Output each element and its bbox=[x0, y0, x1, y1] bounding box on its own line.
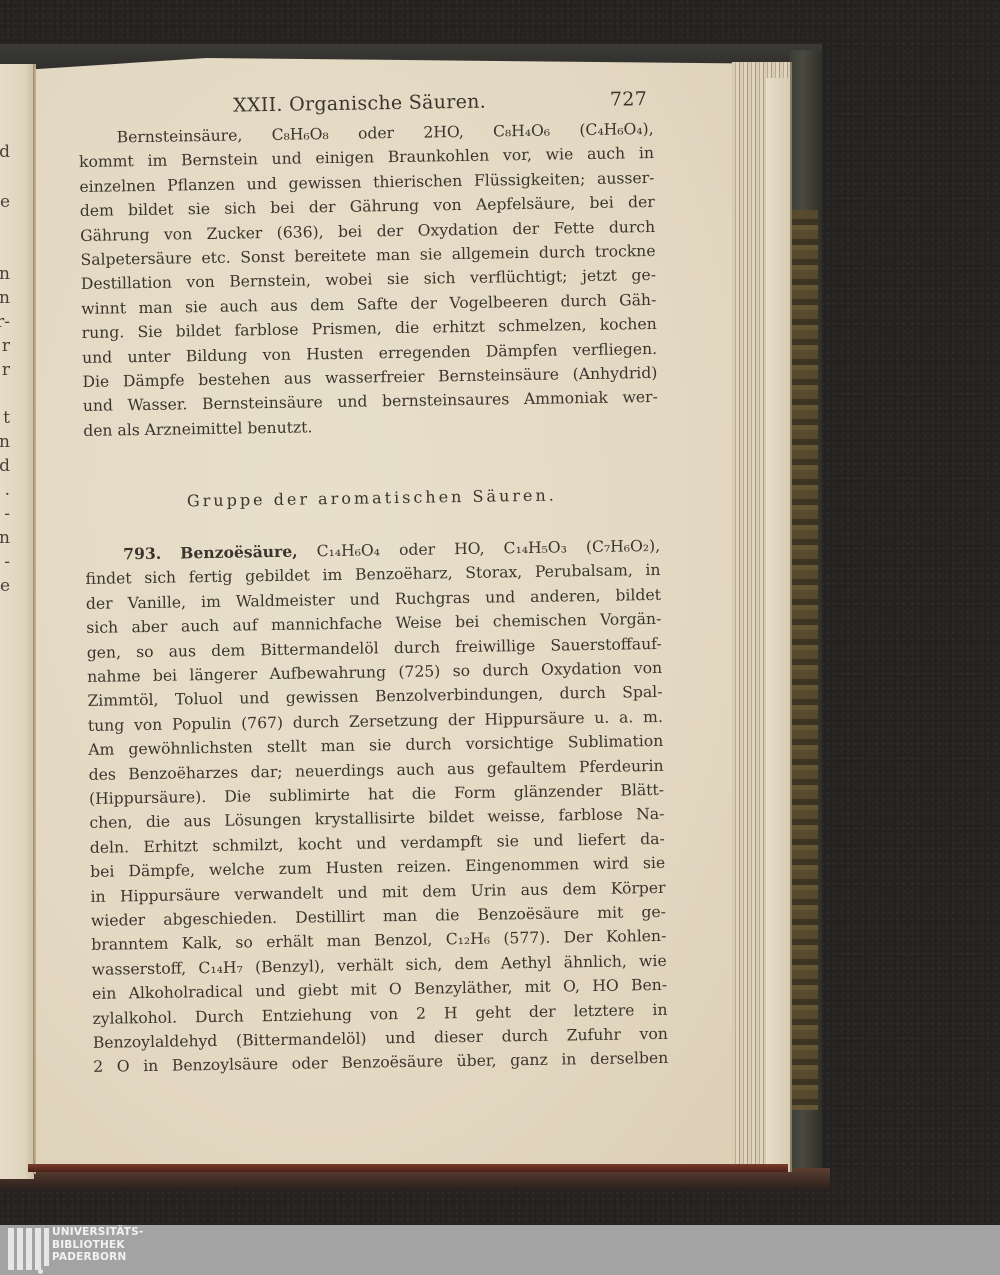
logo-line: PADERBORN bbox=[52, 1251, 143, 1264]
paragraph-benzoesaeure: 793. Benzoësäure, C₁₄H₆O₄ oder HO, C₁₄H₅… bbox=[85, 534, 668, 1080]
formula-text: C₁₄H₆O₄ oder HO, C₁₄H₅O₃ (C₇H₆O₂), bbox=[317, 537, 661, 560]
library-logo-icon bbox=[8, 1228, 48, 1274]
footer-bar: UNIVERSITÄTS- BIBLIOTHEK PADERBORN bbox=[0, 1225, 1000, 1275]
left-fragment: - bbox=[4, 554, 10, 571]
page-gutter bbox=[33, 64, 36, 1174]
section-heading: Gruppe der aromatischen Säuren. bbox=[84, 482, 659, 515]
left-fragment: r- bbox=[0, 314, 10, 331]
left-fragment: n bbox=[0, 530, 10, 547]
term-heading: Benzoësäure, bbox=[180, 542, 298, 563]
book-spine-binding bbox=[792, 210, 818, 1110]
left-fragment: d bbox=[0, 144, 10, 161]
left-page-text-fragments: d e n n r- r r t n d . - n - e bbox=[0, 64, 34, 1179]
page-number: 727 bbox=[610, 87, 648, 112]
page-text-block: XXII. Organische Säuren. 727 Bernsteinsä… bbox=[78, 87, 668, 1080]
left-fragment: n bbox=[0, 290, 10, 307]
left-fragment: t bbox=[3, 410, 10, 427]
paragraph-bernsteinsaeure: Bernsteinsäure, C₈H₆O₈ oder 2HO, C₈H₄O₆ … bbox=[78, 117, 658, 443]
left-page-sliver: d e n n r- r r t n d . - n - e bbox=[0, 64, 34, 1179]
left-fragment: e bbox=[0, 194, 10, 211]
logo-dot-icon bbox=[38, 1269, 43, 1274]
left-fragment: e bbox=[0, 578, 10, 595]
left-fragment: - bbox=[4, 506, 10, 523]
library-logo-text: UNIVERSITÄTS- BIBLIOTHEK PADERBORN bbox=[52, 1226, 143, 1264]
page-edge-bottom bbox=[28, 1164, 788, 1172]
logo-line: BIBLIOTHEK bbox=[52, 1239, 143, 1252]
left-fragment: d bbox=[0, 458, 10, 475]
logo-line: UNIVERSITÄTS- bbox=[52, 1226, 143, 1239]
page-edges-highlight bbox=[766, 78, 788, 1168]
left-fragment: n bbox=[0, 434, 10, 451]
chapter-title: XXII. Organische Säuren. bbox=[233, 90, 486, 118]
left-fragment: n bbox=[0, 266, 10, 283]
left-fragment: r bbox=[2, 362, 10, 379]
section-number: 793. bbox=[123, 544, 161, 564]
left-fragment: r bbox=[2, 338, 10, 355]
left-fragment: . bbox=[5, 482, 10, 499]
